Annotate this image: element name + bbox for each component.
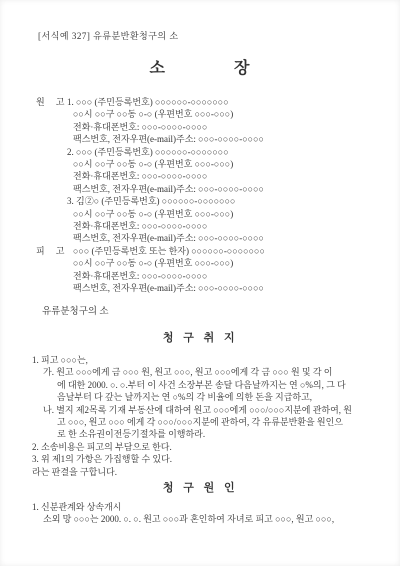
party-line: 팩스번호, 전자우편(e-mail)주소: ○○○-○○○○-○○○○	[0, 232, 400, 244]
claim-line: 2. 소송비용은 피고의 부담으로 한다.	[32, 441, 388, 453]
cause-line: 소외 망 ○○○는 2000. ○. ○. 원고 ○○○과 혼인하여 자녀로 피…	[32, 513, 388, 525]
party-line-text: ○○○ (주민등록번호 또는 한자) ○○○○○○-○○○○○○○	[73, 246, 265, 256]
party-role-label: 원 고	[36, 96, 65, 108]
claim-line-text: 3. 위 제1의 가항은 가집행할 수 있다.	[32, 454, 172, 464]
party-line-text: 팩스번호, 전자우편(e-mail)주소: ○○○-○○○○-○○○○	[73, 283, 264, 293]
claim-line-text: 2. 소송비용은 피고의 부담으로 한다.	[32, 442, 172, 452]
party-role-label: 피 고	[36, 245, 65, 257]
case-name-label: 유류분청구의 소	[42, 303, 109, 317]
party-line-text: ○○시 ○○구 ○○동 ○-○ (우편번호 ○○○-○○○)	[73, 209, 233, 219]
party-line-text: 전화·휴대폰번호: ○○○-○○○○-○○○○	[73, 271, 207, 281]
form-number-label: [서식예 327] 유류분반환청구의 소	[38, 29, 179, 42]
party-line: ○○시 ○○구 ○○동 ○-○ (우편번호 ○○○-○○○)	[0, 257, 400, 269]
claim-line-text: 로 한 소유권이전등기절차를 이행하라.	[57, 429, 205, 439]
party-line-text: ○○시 ○○구 ○○동 ○-○ (우편번호 ○○○-○○○)	[73, 159, 233, 169]
claim-line-text: 고 ○○○, 원고 ○○○ 에게 각 ○○○/○○○지분에 관하여, 각 유류분…	[57, 417, 343, 427]
claim-line: 라는 판결을 구합니다.	[32, 466, 388, 478]
claim-cause-section: 1. 신분관계와 상속개시 소외 망 ○○○는 2000. ○. ○. 원고 ○…	[32, 501, 388, 526]
claim-line: 고 ○○○, 원고 ○○○ 에게 각 ○○○/○○○지분에 관하여, 각 유류분…	[32, 416, 388, 428]
party-line: 2. ○○○ (주민등록번호) ○○○○○○-○○○○○○○	[0, 146, 400, 158]
party-line-text: 전화·휴대폰번호: ○○○-○○○○-○○○○	[73, 171, 207, 181]
claim-line-text: 음날부터 다 갚는 날까지는 연 ○%의 각 비율에 의한 돈을 지급하고,	[57, 392, 312, 402]
document-page: [서식예 327] 유류분반환청구의 소 소 장 원 고 1. ○○○ (주민등…	[0, 0, 400, 566]
party-line: ○○시 ○○구 ○○동 ○-○ (우편번호 ○○○-○○○)	[0, 158, 400, 170]
party-line: 전화·휴대폰번호: ○○○-○○○○-○○○○	[0, 270, 400, 282]
party-line: 3. 김②○ (주민등록번호) ○○○○○○-○○○○○○○	[0, 195, 400, 207]
party-line: 전화·휴대폰번호: ○○○-○○○○-○○○○	[0, 121, 400, 133]
claim-line: 에 대한 2000. ○. ○.부터 이 사건 소장부본 송달 다음날까지는 연…	[32, 379, 388, 391]
party-line-text: 전화·휴대폰번호: ○○○-○○○○-○○○○	[73, 221, 207, 231]
party-line: 팩스번호, 전자우편(e-mail)주소: ○○○-○○○○-○○○○	[0, 282, 400, 294]
party-line-text: 2. ○○○ (주민등록번호) ○○○○○○-○○○○○○○	[67, 147, 229, 157]
party-line: ○○시 ○○구 ○○동 ○-○ (우편번호 ○○○-○○○)	[0, 208, 400, 220]
party-line: 팩스번호, 전자우편(e-mail)주소: ○○○-○○○○-○○○○	[0, 183, 400, 195]
party-line: ○○시 ○○구 ○○동 ○-○ (우편번호 ○○○-○○○)	[0, 108, 400, 120]
claim-line-text: 가. 원고 ○○○에게 금 ○○○ 원, 원고 ○○○, 원고 ○○○에게 각 …	[43, 367, 332, 377]
claim-line: 음날부터 다 갚는 날까지는 연 ○%의 각 비율에 의한 돈을 지급하고,	[32, 391, 388, 403]
party-section: 원 고 1. ○○○ (주민등록번호) ○○○○○○-○○○○○○○ ○○시 ○…	[0, 96, 400, 295]
claim-line: 나. 별지 제2목록 기재 부동산에 대하여 원고 ○○○에게 ○○○/○○○지…	[32, 404, 388, 416]
claim-line: 가. 원고 ○○○에게 금 ○○○ 원, 원고 ○○○, 원고 ○○○에게 각 …	[32, 366, 388, 378]
claim-line: 1. 피고 ○○○는,	[32, 354, 388, 366]
document-title: 소 장	[0, 55, 400, 78]
claim-purpose-heading: 청 구 취 지	[0, 329, 400, 345]
party-line-text: ○○시 ○○구 ○○동 ○-○ (우편번호 ○○○-○○○)	[73, 109, 233, 119]
party-line: 전화·휴대폰번호: ○○○-○○○○-○○○○	[0, 170, 400, 182]
party-line-text: 팩스번호, 전자우편(e-mail)주소: ○○○-○○○○-○○○○	[73, 134, 264, 144]
party-line-text: ○○시 ○○구 ○○동 ○-○ (우편번호 ○○○-○○○)	[73, 258, 233, 268]
claim-purpose-section: 1. 피고 ○○○는, 가. 원고 ○○○에게 금 ○○○ 원, 원고 ○○○,…	[32, 354, 388, 478]
cause-line-text: 1. 신분관계와 상속개시	[32, 502, 122, 512]
cause-line-text: 소외 망 ○○○는 2000. ○. ○. 원고 ○○○과 혼인하여 자녀로 피…	[43, 514, 334, 524]
party-line: 피 고 ○○○ (주민등록번호 또는 한자) ○○○○○○-○○○○○○○	[0, 245, 400, 257]
party-line: 원 고 1. ○○○ (주민등록번호) ○○○○○○-○○○○○○○	[0, 96, 400, 108]
claim-line-text: 나. 별지 제2목록 기재 부동산에 대하여 원고 ○○○에게 ○○○/○○○지…	[43, 405, 352, 415]
claim-line-text: 1. 피고 ○○○는,	[32, 355, 88, 365]
cause-line: 1. 신분관계와 상속개시	[32, 501, 388, 513]
party-line-text: 3. 김②○ (주민등록번호) ○○○○○○-○○○○○○○	[67, 196, 235, 206]
party-line: 전화·휴대폰번호: ○○○-○○○○-○○○○	[0, 220, 400, 232]
claim-line-text: 에 대한 2000. ○. ○.부터 이 사건 소장부본 송달 다음날까지는 연…	[57, 380, 346, 390]
party-line: 팩스번호, 전자우편(e-mail)주소: ○○○-○○○○-○○○○	[0, 133, 400, 145]
claim-cause-heading: 청 구 원 인	[0, 479, 400, 495]
claim-line: 3. 위 제1의 가항은 가집행할 수 있다.	[32, 453, 388, 465]
party-line-text: 팩스번호, 전자우편(e-mail)주소: ○○○-○○○○-○○○○	[73, 233, 264, 243]
claim-line-text: 라는 판결을 구합니다.	[32, 467, 117, 477]
party-line-text: 팩스번호, 전자우편(e-mail)주소: ○○○-○○○○-○○○○	[73, 184, 264, 194]
party-line-text: 전화·휴대폰번호: ○○○-○○○○-○○○○	[73, 122, 207, 132]
party-line-text: 1. ○○○ (주민등록번호) ○○○○○○-○○○○○○○	[67, 97, 229, 107]
claim-line: 로 한 소유권이전등기절차를 이행하라.	[32, 428, 388, 440]
